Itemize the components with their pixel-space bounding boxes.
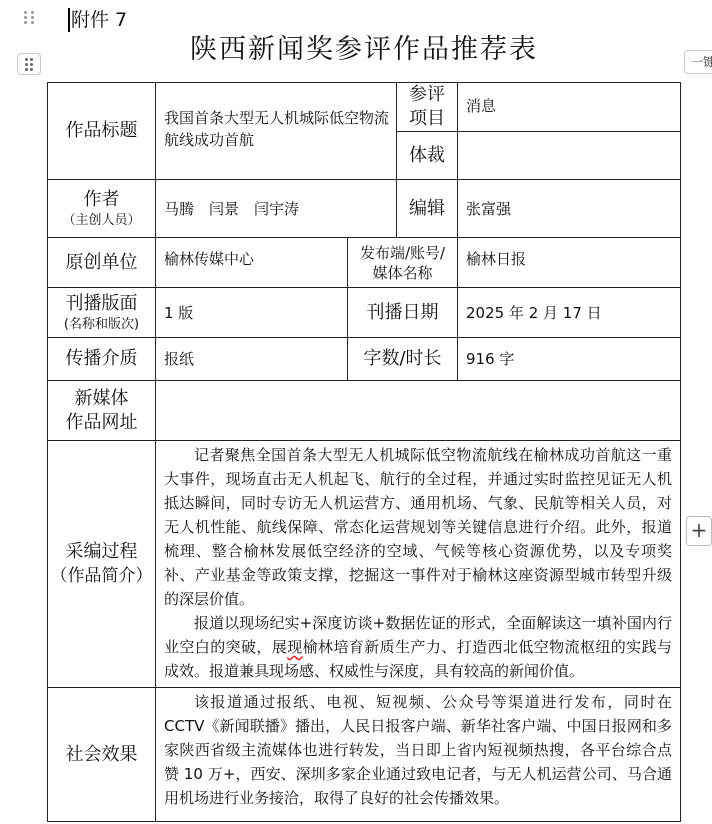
table-move-handle[interactable] bbox=[17, 53, 41, 75]
side-panel-tab[interactable]: 一键 bbox=[684, 50, 712, 74]
value-publish-date[interactable]: 2025 年 2 月 17 日 bbox=[458, 288, 681, 338]
label-publish-date: 刊播日期 bbox=[348, 288, 458, 338]
value-social-effect[interactable]: 该报道通过报纸、电视、短视频、公众号等渠道进行发布，同时在 CCTV《新闻联播》… bbox=[156, 688, 681, 822]
label-publisher-line2: 媒体名称 bbox=[348, 263, 457, 283]
value-category[interactable]: 消息 bbox=[458, 83, 681, 132]
document-title[interactable]: 陕西新闻奖参评作品推荐表 bbox=[0, 32, 712, 68]
label-work-title: 作品标题 bbox=[48, 83, 156, 180]
label-process-sub: （作品简介） bbox=[48, 564, 155, 588]
label-edition: 刊播版面 (名称和版次) bbox=[48, 288, 156, 338]
label-author-main: 作者 bbox=[84, 189, 120, 210]
label-new-media-url-line2: 作品网址 bbox=[48, 411, 155, 435]
label-edition-sub: (名称和版次) bbox=[48, 316, 155, 334]
spellcheck-flagged-text[interactable]: 现 bbox=[287, 638, 302, 656]
value-edition[interactable]: 1 版 bbox=[156, 288, 348, 338]
label-social-effect: 社会效果 bbox=[48, 688, 156, 822]
attachment-label[interactable]: 附件 7 bbox=[71, 8, 127, 32]
document-page: 附件 7 陕西新闻奖参评作品推荐表 一键 作品标题 我国首条大型无人机城际低空物… bbox=[0, 0, 712, 824]
value-origin-unit[interactable]: 榆林传媒中心 bbox=[156, 238, 348, 288]
value-author[interactable]: 马腾 闫景 闫宇涛 bbox=[156, 180, 397, 238]
grip-dots-icon bbox=[25, 58, 33, 71]
value-editor[interactable]: 张富强 bbox=[458, 180, 681, 238]
label-word-count: 字数/时长 bbox=[348, 338, 458, 381]
label-process-main: 采编过程 bbox=[66, 541, 138, 562]
label-origin-unit: 原创单位 bbox=[48, 238, 156, 288]
label-author: 作者 （主创人员） bbox=[48, 180, 156, 238]
value-process[interactable]: 记者聚焦全国首条大型无人机城际低空物流航线在榆林成功首航这一重大事件，现场直击无… bbox=[156, 441, 681, 688]
value-medium[interactable]: 报纸 bbox=[156, 338, 348, 381]
text-cursor bbox=[68, 8, 70, 32]
process-paragraph-2: 报道以现场纪实+深度访谈+数据佐证的形式，全面解读这一填补国内行业空白的突破，展… bbox=[164, 611, 672, 683]
label-new-media-url: 新媒体 作品网址 bbox=[48, 381, 156, 441]
label-category: 参评 项目 bbox=[397, 83, 458, 132]
label-author-sub: （主创人员） bbox=[48, 212, 155, 230]
label-category-line1: 参评 bbox=[397, 83, 457, 107]
drag-handle-icon[interactable] bbox=[24, 8, 38, 26]
label-publisher: 发布端/账号/ 媒体名称 bbox=[348, 238, 458, 288]
add-row-button[interactable]: + bbox=[686, 516, 712, 546]
label-publisher-line1: 发布端/账号/ bbox=[348, 243, 457, 263]
label-genre: 体裁 bbox=[397, 132, 458, 180]
label-editor: 编辑 bbox=[397, 180, 458, 238]
label-medium: 传播介质 bbox=[48, 338, 156, 381]
value-word-count[interactable]: 916 字 bbox=[458, 338, 681, 381]
process-paragraph-1: 记者聚焦全国首条大型无人机城际低空物流航线在榆林成功首航这一重大事件，现场直击无… bbox=[164, 443, 672, 611]
label-category-line2: 项目 bbox=[397, 107, 457, 131]
value-genre[interactable] bbox=[458, 132, 681, 180]
label-process: 采编过程 （作品简介） bbox=[48, 441, 156, 688]
recommendation-form-table: 作品标题 我国首条大型无人机城际低空物流航线成功首航 参评 项目 消息 体裁 作… bbox=[47, 82, 681, 822]
social-effect-paragraph: 该报道通过报纸、电视、短视频、公众号等渠道进行发布，同时在 CCTV《新闻联播》… bbox=[164, 690, 672, 810]
label-new-media-url-line1: 新媒体 bbox=[48, 387, 155, 411]
value-publisher[interactable]: 榆林日报 bbox=[458, 238, 681, 288]
value-work-title[interactable]: 我国首条大型无人机城际低空物流航线成功首航 bbox=[156, 83, 397, 180]
value-new-media-url[interactable] bbox=[156, 381, 681, 441]
label-edition-main: 刊播版面 bbox=[66, 293, 138, 314]
